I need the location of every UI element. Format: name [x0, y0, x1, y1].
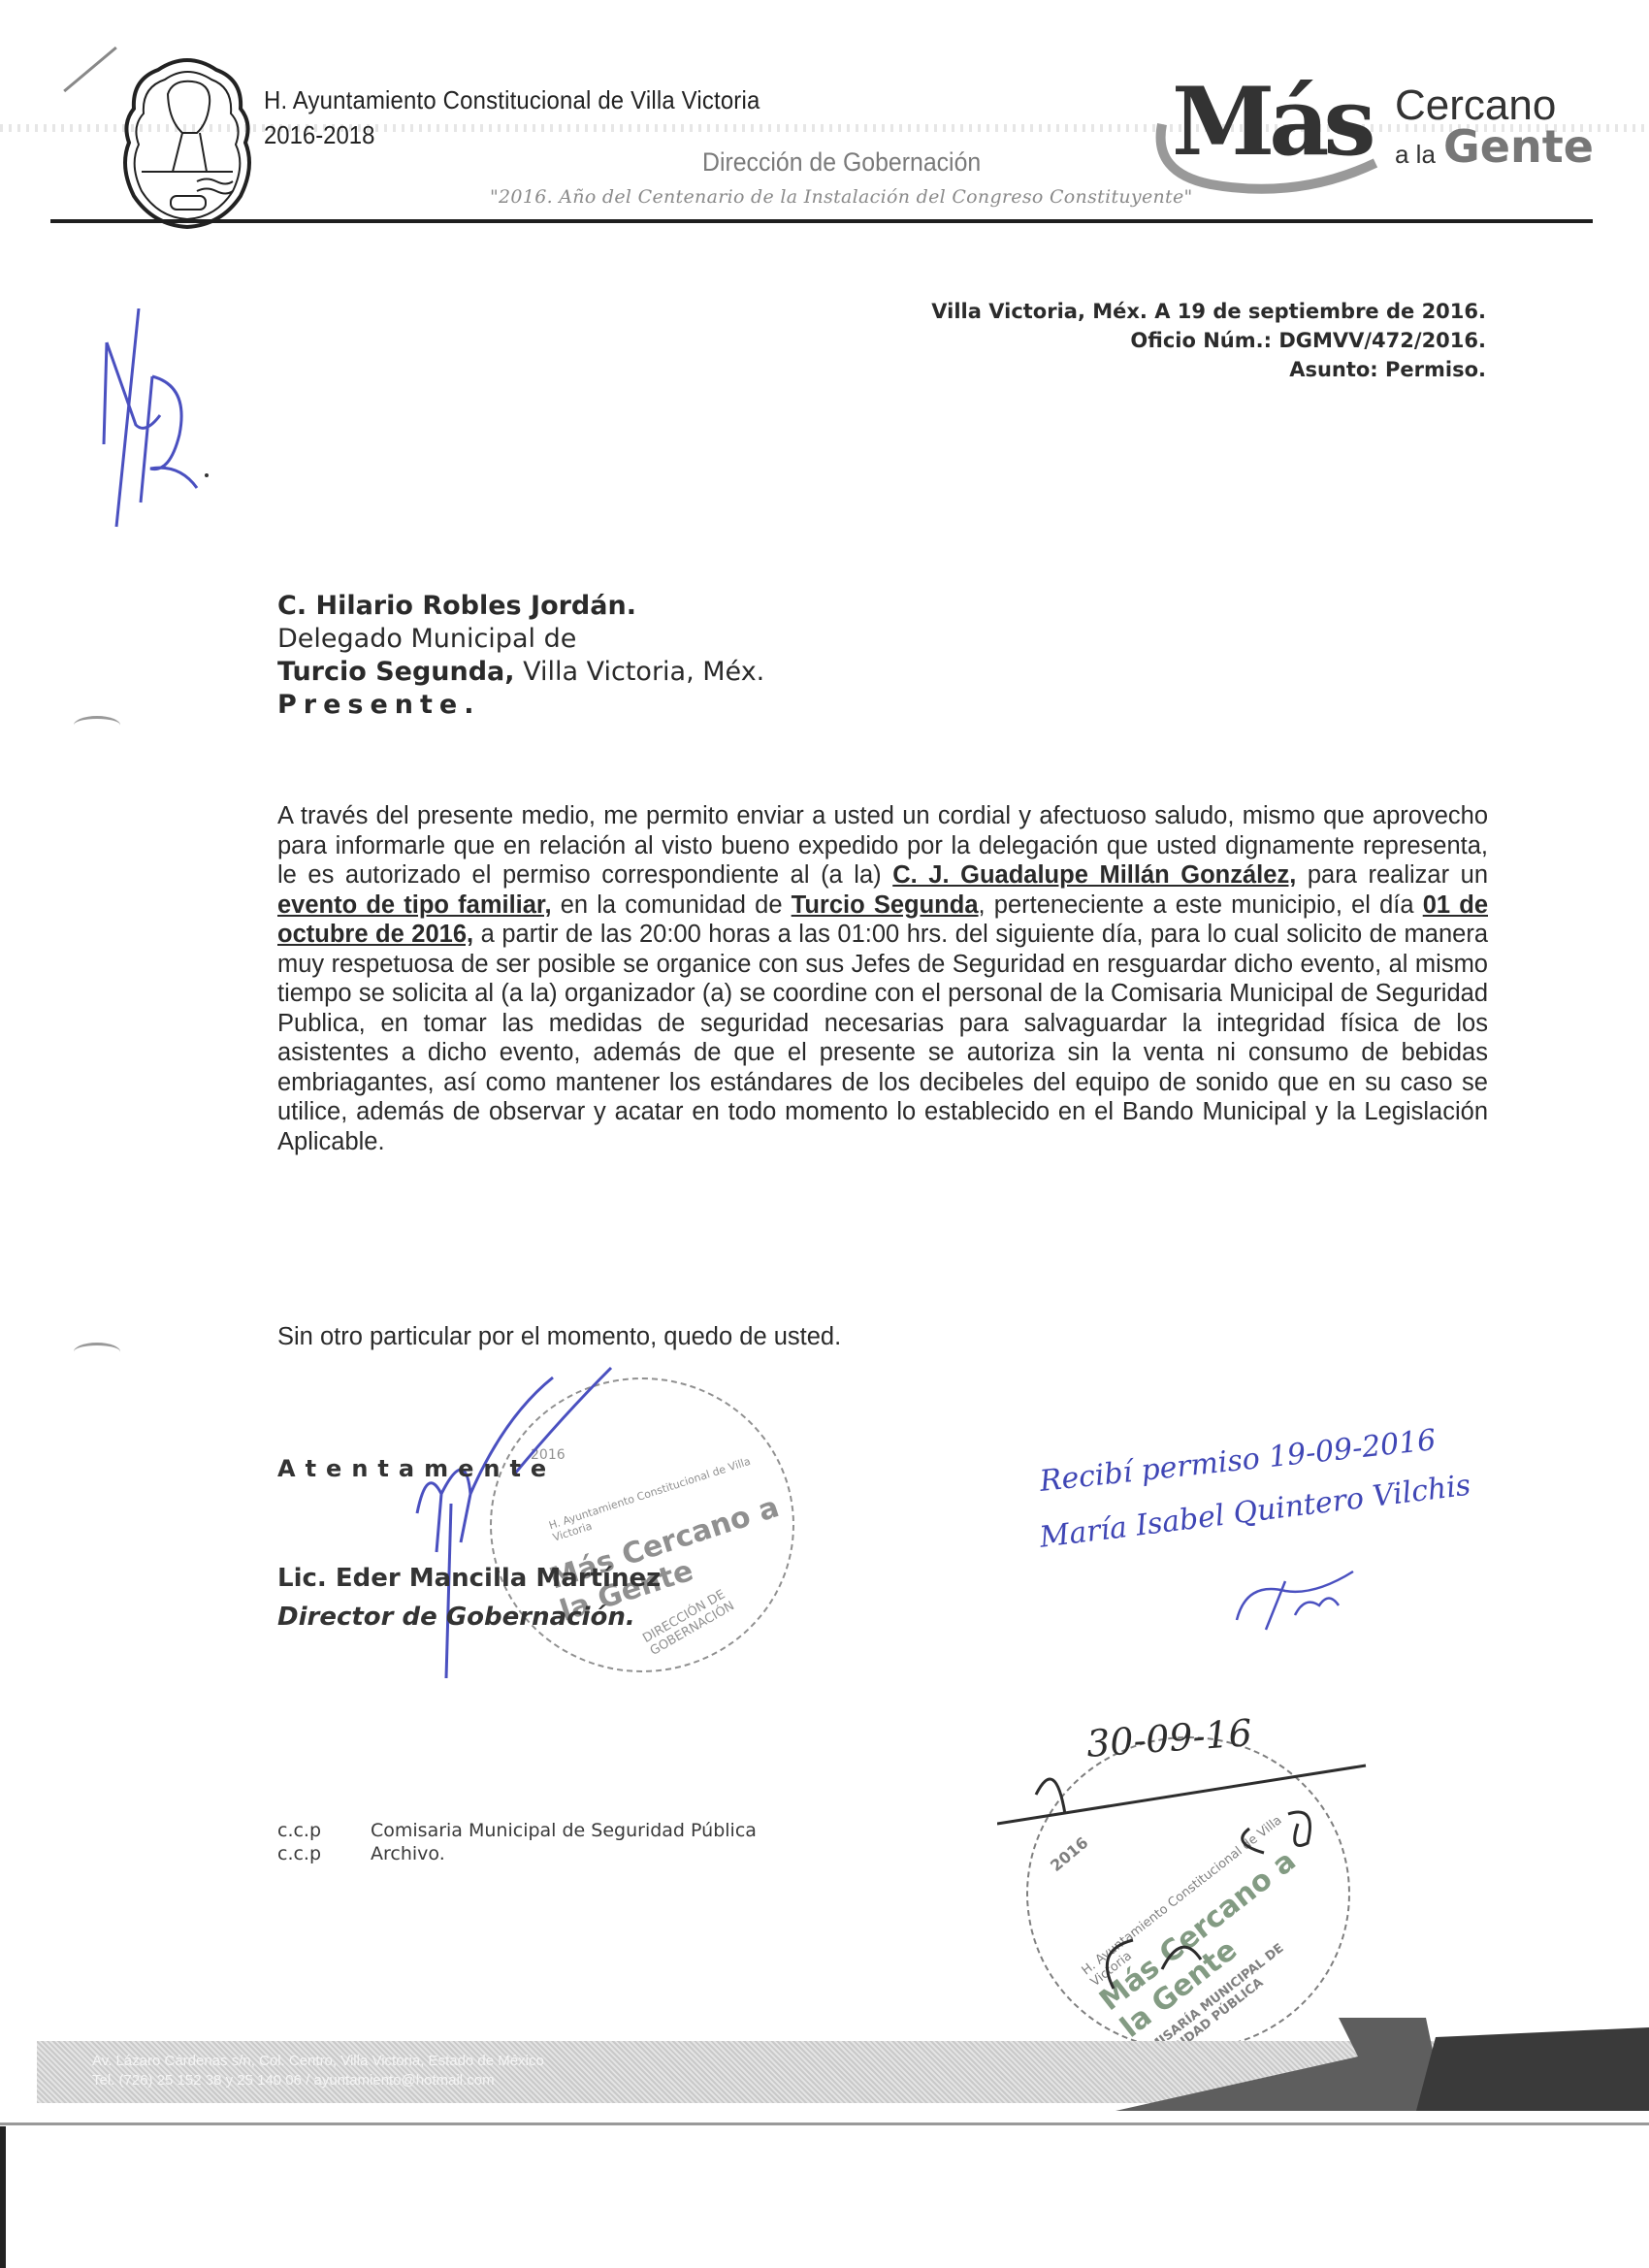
community-rest: Villa Victoria, Méx. [515, 657, 765, 687]
presente-label: Presente. [277, 689, 764, 722]
recipient-name: C. Hilario Robles Jordán. [277, 590, 764, 623]
administration-term: 2016-2018 [264, 120, 374, 150]
recipient-community: Turcio Segunda, Villa Victoria, Méx. [277, 656, 764, 689]
department-name: Dirección de Gobernación [702, 147, 981, 178]
signer-name: Lic. Eder Mancilla Martínez [277, 1564, 661, 1593]
recipient-role: Delegado Municipal de [277, 623, 764, 656]
cc-recipient: Comisaria Municipal de Seguridad Pública [371, 1820, 757, 1841]
subject: Asunto: Permiso. [1289, 355, 1486, 384]
brand-a-la: a la [1395, 140, 1436, 170]
cc-label: c.c.p [277, 1820, 371, 1841]
year-motto: "2016. Año del Centenario de la Instalac… [490, 186, 1193, 208]
event-type: evento de tipo familiar, [277, 891, 552, 919]
salutation: Atentamente [277, 1455, 556, 1482]
cc-line: c.c.pComisaria Municipal de Seguridad Pú… [277, 1820, 757, 1841]
brand-logo: Más Cercano a la Gente [1152, 76, 1599, 202]
municipal-crest-icon [114, 50, 260, 230]
hole-punch-mark [74, 716, 120, 734]
footer-contact: Tel. (726) 25 152 38 y 25 140 06 / ayunt… [92, 2072, 495, 2089]
beneficiary-name: C. J. Guadalupe Millán González, [892, 861, 1296, 889]
oficio-number: Oficio Núm.: DGMVV/472/2016. [1130, 326, 1486, 355]
scanner-edge [0, 2126, 6, 2268]
director-signature [398, 1358, 621, 1682]
staple-mark [63, 47, 117, 92]
page-edge [0, 2122, 1649, 2125]
community-bold: Turcio Segunda, [277, 657, 515, 687]
recipient-block: C. Hilario Robles Jordán. Delegado Munic… [277, 590, 764, 722]
receiver-signature [1227, 1562, 1373, 1643]
hole-punch-mark [74, 1343, 120, 1361]
header-divider [50, 219, 1593, 223]
footer-decoration [1115, 2018, 1649, 2111]
closing-line: Sin otro particular por el momento, qued… [277, 1323, 841, 1351]
body-segment: , perteneciente a este municipio, el día [979, 891, 1423, 919]
body-segment: para realizar un [1296, 861, 1488, 889]
body-segment: a partir de las 20:00 horas a las 01:00 … [277, 921, 1488, 1155]
organization-name: H. Ayuntamiento Constitucional de Villa … [264, 85, 760, 115]
event-community: Turcio Segunda [792, 891, 979, 919]
letter-body: A través del presente medio, me permito … [277, 801, 1488, 1156]
brand-mas: Más [1172, 76, 1371, 169]
cc-label: c.c.p [277, 1843, 371, 1864]
place-and-date: Villa Victoria, Méx. A 19 de septiembre … [931, 297, 1486, 326]
brand-gente: Gente [1443, 120, 1594, 173]
reception-scribble [997, 1736, 1385, 2031]
cc-recipient: Archivo. [371, 1843, 445, 1864]
cc-line: c.c.pArchivo. [277, 1843, 445, 1864]
handwritten-initials [92, 308, 218, 535]
signer-title: Director de Gobernación. [277, 1603, 635, 1632]
body-segment: en la comunidad de [552, 891, 792, 919]
footer-address: Av. Lázaro Cárdenas s/n, Col. Centro, Vi… [92, 2053, 544, 2069]
